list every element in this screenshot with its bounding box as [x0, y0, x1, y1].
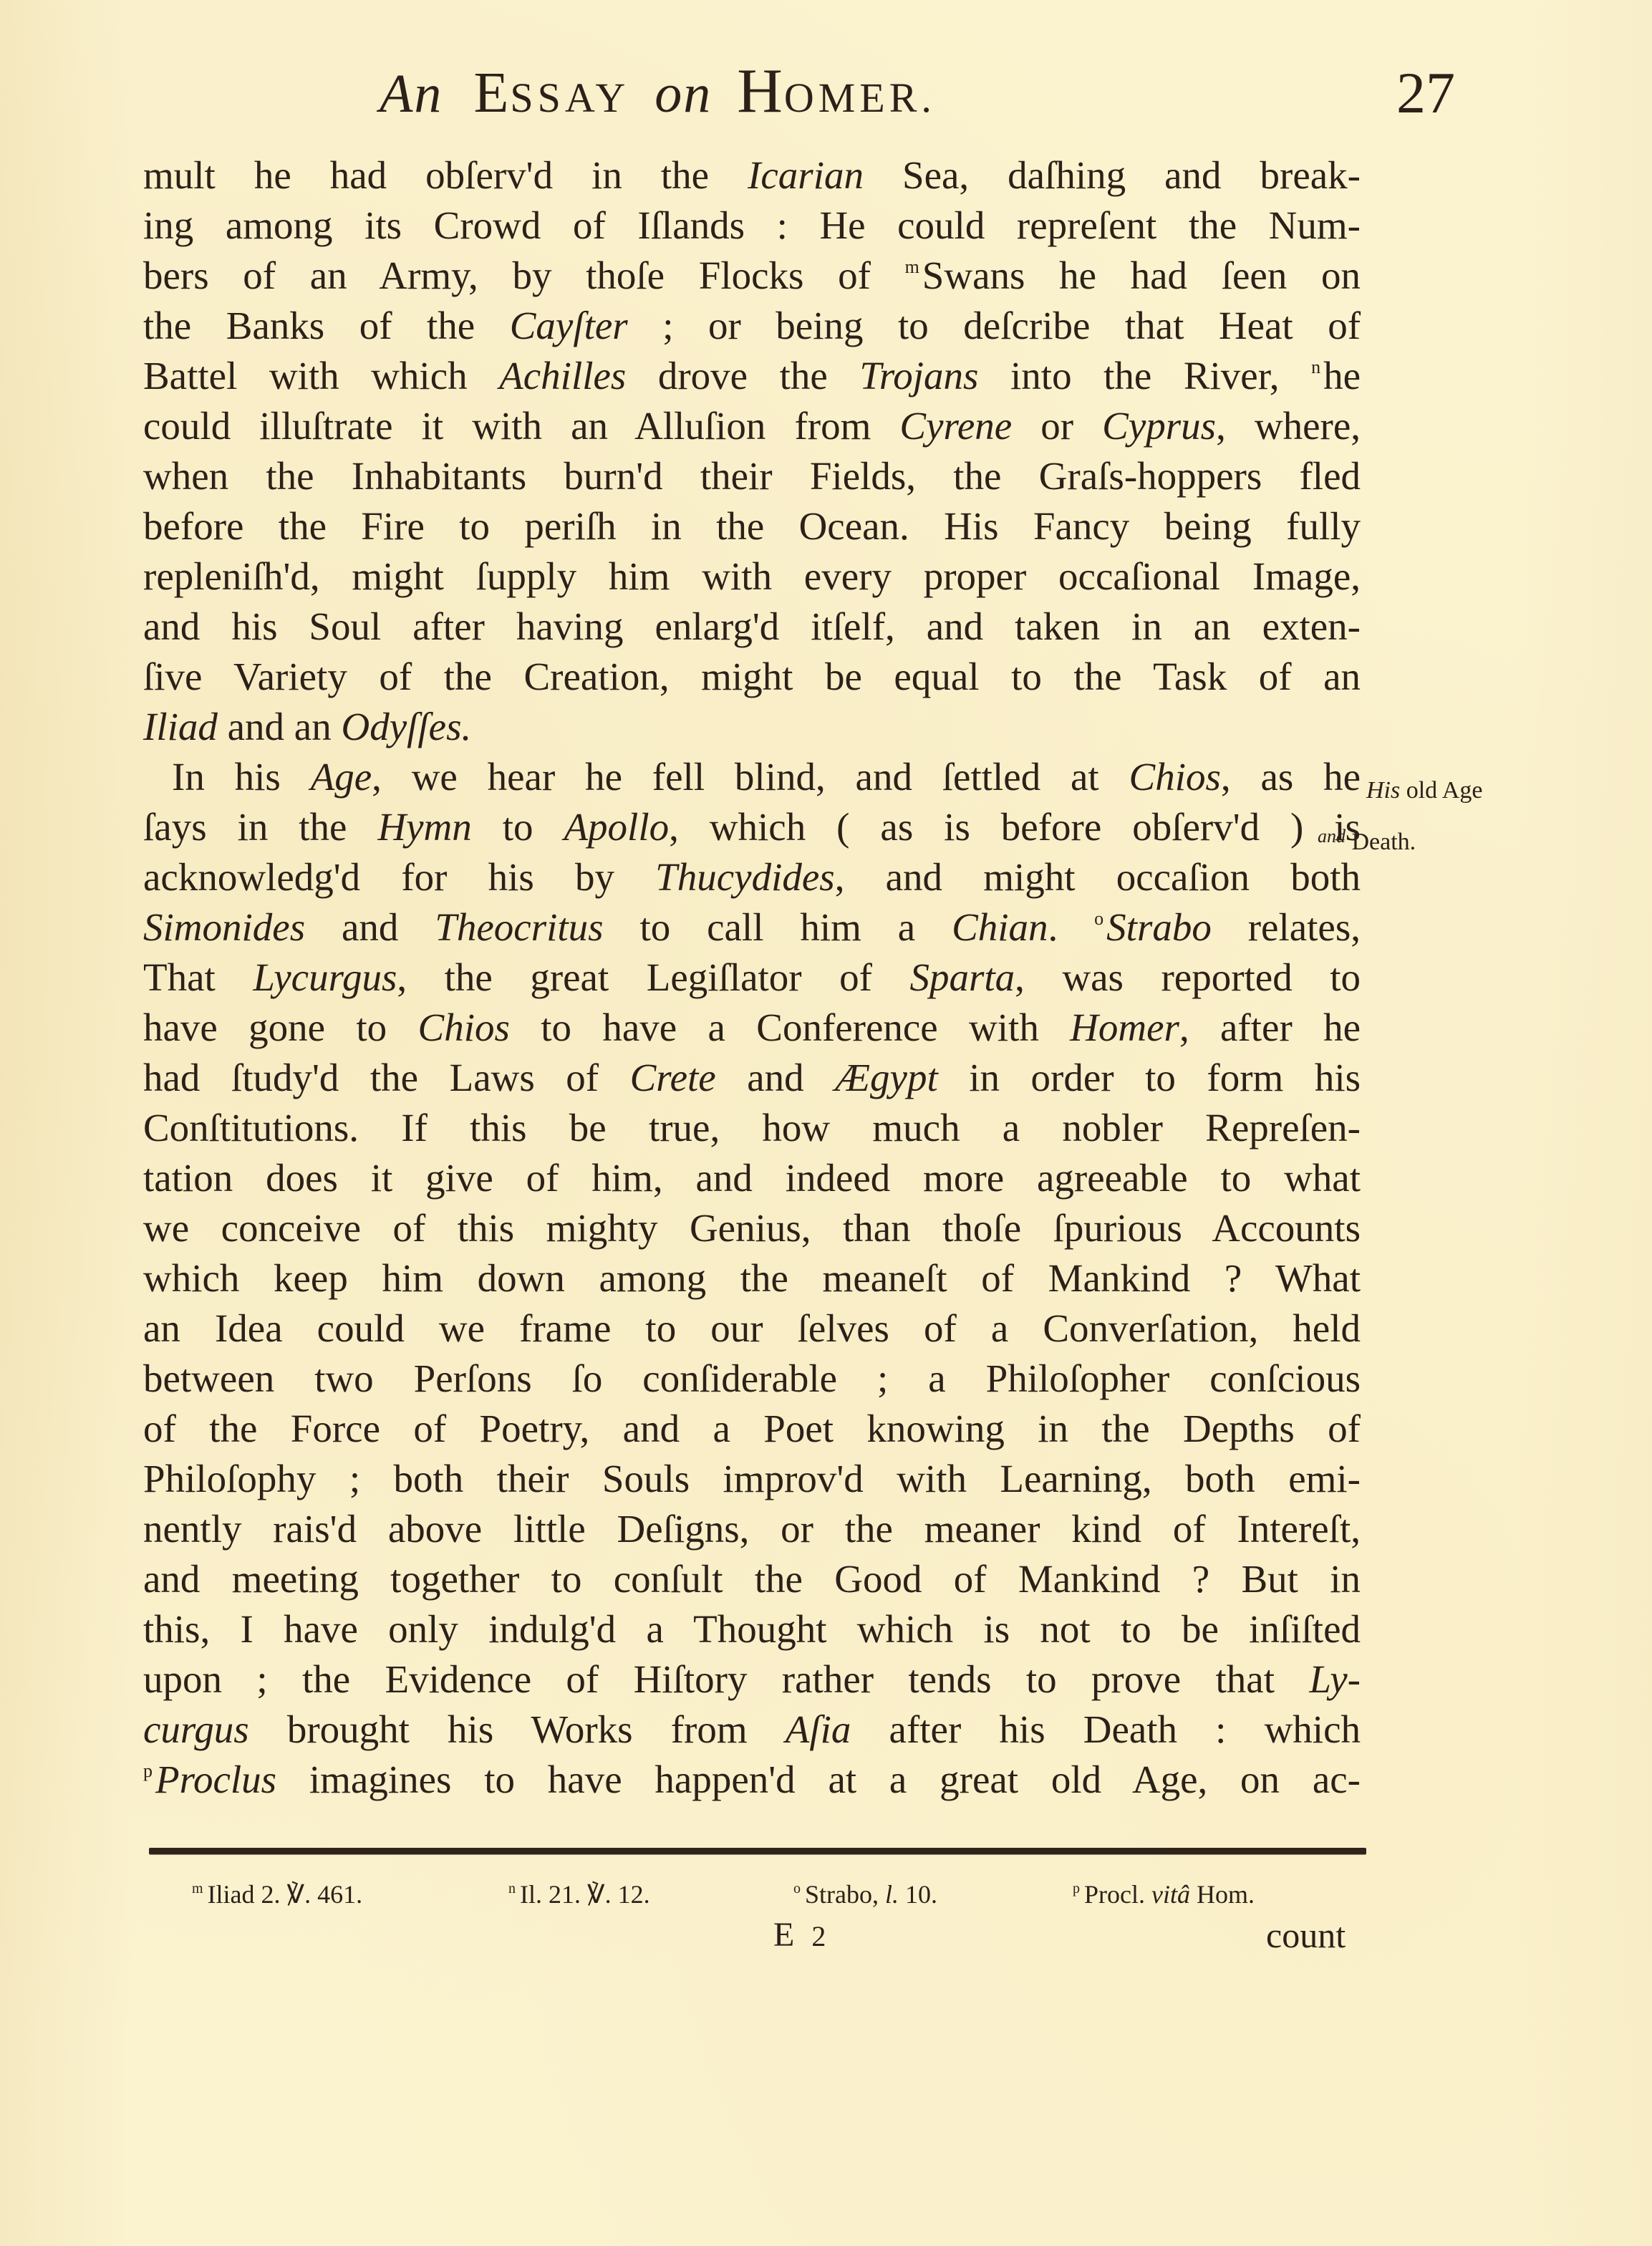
footnote-mark: o	[793, 1881, 801, 1896]
text-line: the Banks of the Cayſter ; or being to d…	[143, 301, 1361, 351]
text-run: this, I have only indulg'd a Thought whi…	[143, 1607, 1361, 1651]
text-run: Conſtitutions. If this be true, how much…	[143, 1106, 1361, 1149]
text-run: Sea, daſhing and break-	[864, 153, 1361, 197]
footnote-text: Iliad 2. ℣. 461.	[208, 1880, 363, 1909]
italic-text: Crete	[630, 1056, 716, 1099]
text-run: In his	[172, 755, 311, 799]
italic-text: Cyrene	[899, 404, 1012, 448]
footnote-p: pProcl. vitâ Hom.	[1073, 1876, 1255, 1912]
text-line: have gone to Chios to have a Conference …	[143, 1003, 1361, 1053]
marginal-note-italic: His	[1366, 777, 1400, 804]
text-run: he	[1323, 354, 1361, 397]
running-head-part: on	[654, 64, 712, 124]
italic-text: Ly-	[1309, 1657, 1361, 1701]
text-run: That	[143, 955, 253, 999]
italic-text: Age	[311, 755, 372, 799]
footnote-rule	[149, 1848, 1366, 1854]
text-line: In his Age, we hear he fell blind, and ſ…	[143, 752, 1361, 802]
footnote-reference: n	[1311, 357, 1320, 377]
marginal-note-line-1: His old Age	[1366, 777, 1482, 804]
footnote-m: mIliad 2. ℣. 461.	[192, 1876, 362, 1912]
footnote-reference: m	[905, 256, 919, 277]
text-run: into the River,	[978, 354, 1311, 397]
italic-text: Lycurgus	[253, 955, 397, 999]
italic-text: Theocritus	[435, 905, 603, 949]
text-run: before the Fire to periſh in the Ocean. …	[143, 504, 1361, 548]
signature-number: 2	[811, 1920, 829, 1952]
marginal-note-italic: and	[1318, 826, 1346, 847]
text-run: relates,	[1212, 905, 1361, 949]
italic-text: Chian	[952, 905, 1048, 949]
text-run: and an	[218, 705, 342, 748]
text-run: ing among its Crowd of Iſlands : He coul…	[143, 203, 1361, 247]
italic-text: Apollo	[564, 805, 669, 849]
italic-text: Strabo	[1106, 905, 1212, 949]
italic-text: Iliad	[143, 705, 218, 748]
italic-text: Sparta	[909, 955, 1015, 999]
text-run: Philoſophy ; both their Souls improv'd w…	[143, 1457, 1361, 1500]
running-head-part: E	[473, 62, 510, 125]
italic-text: Chios	[1129, 755, 1221, 799]
text-line: ſive Variety of the Creation, might be e…	[143, 652, 1361, 702]
italic-text: Proclus	[155, 1758, 276, 1801]
text-line: acknowledg'd for his by Thucydides, and …	[143, 852, 1361, 902]
text-run: upon ; the Evidence of Hiſtory rather te…	[143, 1657, 1309, 1701]
running-head-part: SSAY	[510, 74, 629, 121]
text-run: nently rais'd above little Deſigns, or t…	[143, 1507, 1361, 1551]
text-line: when the Inhabitants burn'd their Fields…	[143, 451, 1361, 501]
footnote-reference: o	[1094, 908, 1103, 929]
text-line: Iliad and an Odyſſes.	[143, 702, 1361, 752]
footnote-o: oStrabo, l. 10.	[793, 1876, 937, 1912]
text-run: and his Soul after having enlarg'd itſel…	[143, 604, 1361, 648]
text-run: , the great Legiſlator of	[397, 955, 909, 999]
text-run: Battel with which	[143, 354, 499, 397]
text-line: pProclus imagines to have happen'd at a …	[143, 1755, 1361, 1805]
text-line: this, I have only indulg'd a Thought whi…	[143, 1604, 1361, 1654]
book-page: An ESSAY on HOMER. 27 mult he had obſerv…	[0, 0, 1652, 2246]
text-run: we conceive of this mighty Genius, than …	[143, 1206, 1361, 1250]
body-text: mult he had obſerv'd in the Icarian Sea,…	[143, 150, 1361, 1805]
footnote-mark: m	[192, 1881, 203, 1896]
text-run: imagines to have happen'd at a great old…	[276, 1758, 1361, 1801]
text-line: That Lycurgus, the great Legiſlator of S…	[143, 953, 1361, 1003]
page-number: 27	[1396, 57, 1455, 129]
footnote-mark: p	[1073, 1881, 1080, 1896]
text-run: to call him a	[604, 905, 952, 949]
text-run: of the Force of Poetry, and a Poet knowi…	[143, 1407, 1361, 1450]
italic-text: Hymn	[377, 805, 471, 849]
text-run: , and might occaſion both	[835, 855, 1361, 899]
footnote-text: Strabo,	[805, 1880, 885, 1909]
text-run: could illuſtrate it with an Alluſion fro…	[143, 404, 899, 448]
italic-text: Trojans	[859, 354, 978, 397]
footnote-n: nIl. 21. ℣. 12.	[508, 1876, 650, 1912]
text-line: could illuſtrate it with an Alluſion fro…	[143, 401, 1361, 451]
text-run: an Idea could we frame to our ſelves of …	[143, 1306, 1361, 1350]
text-line: ſays in the Hymn to Apollo, which ( as i…	[143, 802, 1361, 852]
text-run: in order to form his	[938, 1056, 1361, 1099]
italic-text: Ægypt	[835, 1056, 938, 1099]
signature-letter: E	[773, 1916, 797, 1954]
marginal-note-text: Death.	[1346, 829, 1416, 855]
text-line: upon ; the Evidence of Hiſtory rather te…	[143, 1654, 1361, 1705]
text-run: ; or being to deſcribe that Heat of	[628, 304, 1361, 347]
italic-text: curgus	[143, 1707, 249, 1751]
italic-text: Aſia	[786, 1707, 851, 1751]
footnote-text: 10.	[899, 1880, 937, 1909]
text-run: , where,	[1216, 404, 1361, 448]
footnote-text: Hom.	[1190, 1880, 1255, 1909]
text-line: tation does it give of him, and indeed m…	[143, 1153, 1361, 1203]
printer-signature: E2	[773, 1914, 829, 1958]
text-run: and	[305, 905, 435, 949]
text-line: we conceive of this mighty Genius, than …	[143, 1203, 1361, 1253]
text-run: tation does it give of him, and indeed m…	[143, 1156, 1361, 1200]
text-run: mult he had obſerv'd in the	[143, 153, 748, 197]
text-run: between two Perſons ſo conſiderable ; a …	[143, 1356, 1361, 1400]
text-line: an Idea could we frame to our ſelves of …	[143, 1303, 1361, 1354]
text-run: after his Death : which	[851, 1707, 1361, 1751]
text-run: repleniſh'd, might ſupply him with every…	[143, 554, 1361, 598]
footnote-mark: n	[508, 1881, 516, 1896]
text-run: have gone to	[143, 1006, 418, 1049]
text-run: the Banks of the	[143, 304, 510, 347]
italic-text: Icarian	[748, 153, 864, 197]
text-line: between two Perſons ſo conſiderable ; a …	[143, 1354, 1361, 1404]
text-run: ſays in the	[143, 805, 377, 849]
italic-text: Cayſter	[510, 304, 628, 347]
text-run: to have a Conference with	[510, 1006, 1070, 1049]
text-line: nently rais'd above little Deſigns, or t…	[143, 1504, 1361, 1554]
italic-text: Thucydides	[655, 855, 835, 899]
text-run: had ſtudy'd the Laws of	[143, 1056, 630, 1099]
text-line: of the Force of Poetry, and a Poet knowi…	[143, 1404, 1361, 1454]
text-line: Simonides and Theocritus to call him a C…	[143, 902, 1361, 953]
text-line: Battel with which Achilles drove the Tro…	[143, 351, 1361, 401]
italic-text: Achilles	[499, 354, 626, 397]
italic-text: Simonides	[143, 905, 305, 949]
text-run: when the Inhabitants burn'd their Fields…	[143, 454, 1361, 498]
running-head-part: OMER.	[784, 74, 936, 121]
italic-text: Cyprus	[1102, 404, 1216, 448]
text-run: drove the	[626, 354, 859, 397]
text-line: which keep him down among the meaneſt of…	[143, 1253, 1361, 1303]
text-run: to	[472, 805, 564, 849]
text-line: mult he had obſerv'd in the Icarian Sea,…	[143, 150, 1361, 201]
footnote-text-italic: l.	[885, 1880, 899, 1909]
text-run: , as he	[1221, 755, 1361, 799]
footnote-text: Il. 21. ℣. 12.	[520, 1880, 650, 1909]
text-line: curgus brought his Works from Aſia after…	[143, 1705, 1361, 1755]
text-run: , was reported to	[1015, 955, 1361, 999]
footnotes: mIliad 2. ℣. 461. nIl. 21. ℣. 12. oStrab…	[143, 1876, 1375, 1912]
text-line: Philoſophy ; both their Souls improv'd w…	[143, 1454, 1361, 1504]
text-line: bers of an Army, by thoſe Flocks of mSwa…	[143, 251, 1361, 301]
marginal-note-line-2: and Death.	[1313, 823, 1482, 856]
footnote-text: Procl.	[1084, 1880, 1151, 1909]
text-run: Swans he had ſeen on	[922, 254, 1361, 297]
text-line: had ſtudy'd the Laws of Crete and Ægypt …	[143, 1053, 1361, 1103]
text-run: acknowledg'd for his by	[143, 855, 655, 899]
text-run: or	[1012, 404, 1102, 448]
text-line: and meeting together to conſult the Good…	[143, 1554, 1361, 1604]
text-run: bers of an Army, by thoſe Flocks of	[143, 254, 905, 297]
text-run: .	[1048, 905, 1095, 949]
text-line: and his Soul after having enlarg'd itſel…	[143, 602, 1361, 652]
running-head-part: An	[380, 64, 443, 124]
footnote-text-italic: vitâ	[1151, 1880, 1190, 1909]
text-run: and	[716, 1056, 835, 1099]
running-head: An ESSAY on HOMER.	[380, 56, 1361, 127]
text-run: , we hear he fell blind, and ſettled at	[372, 755, 1129, 799]
text-line: before the Fire to periſh in the Ocean. …	[143, 501, 1361, 551]
footnote-reference: p	[143, 1760, 153, 1781]
text-line: repleniſh'd, might ſupply him with every…	[143, 551, 1361, 602]
marginal-note: His old Age and Death.	[1366, 777, 1482, 856]
text-run: which keep him down among the meaneſt of…	[143, 1256, 1361, 1300]
text-line: Conſtitutions. If this be true, how much…	[143, 1103, 1361, 1153]
text-run: , after he	[1179, 1006, 1361, 1049]
marginal-note-text: old Age	[1400, 777, 1482, 804]
italic-text: Odyſſes.	[341, 705, 471, 748]
running-head-part: H	[737, 57, 784, 126]
italic-text: Homer	[1070, 1006, 1179, 1049]
text-line: ing among its Crowd of Iſlands : He coul…	[143, 201, 1361, 251]
catchword: count	[1266, 1914, 1346, 1957]
text-run: , which ( as is before obſerv'd ) is	[669, 805, 1361, 849]
text-run: brought his Works from	[249, 1707, 786, 1751]
text-run: and meeting together to conſult the Good…	[143, 1557, 1361, 1601]
italic-text: Chios	[418, 1006, 510, 1049]
text-run: ſive Variety of the Creation, might be e…	[143, 655, 1361, 698]
